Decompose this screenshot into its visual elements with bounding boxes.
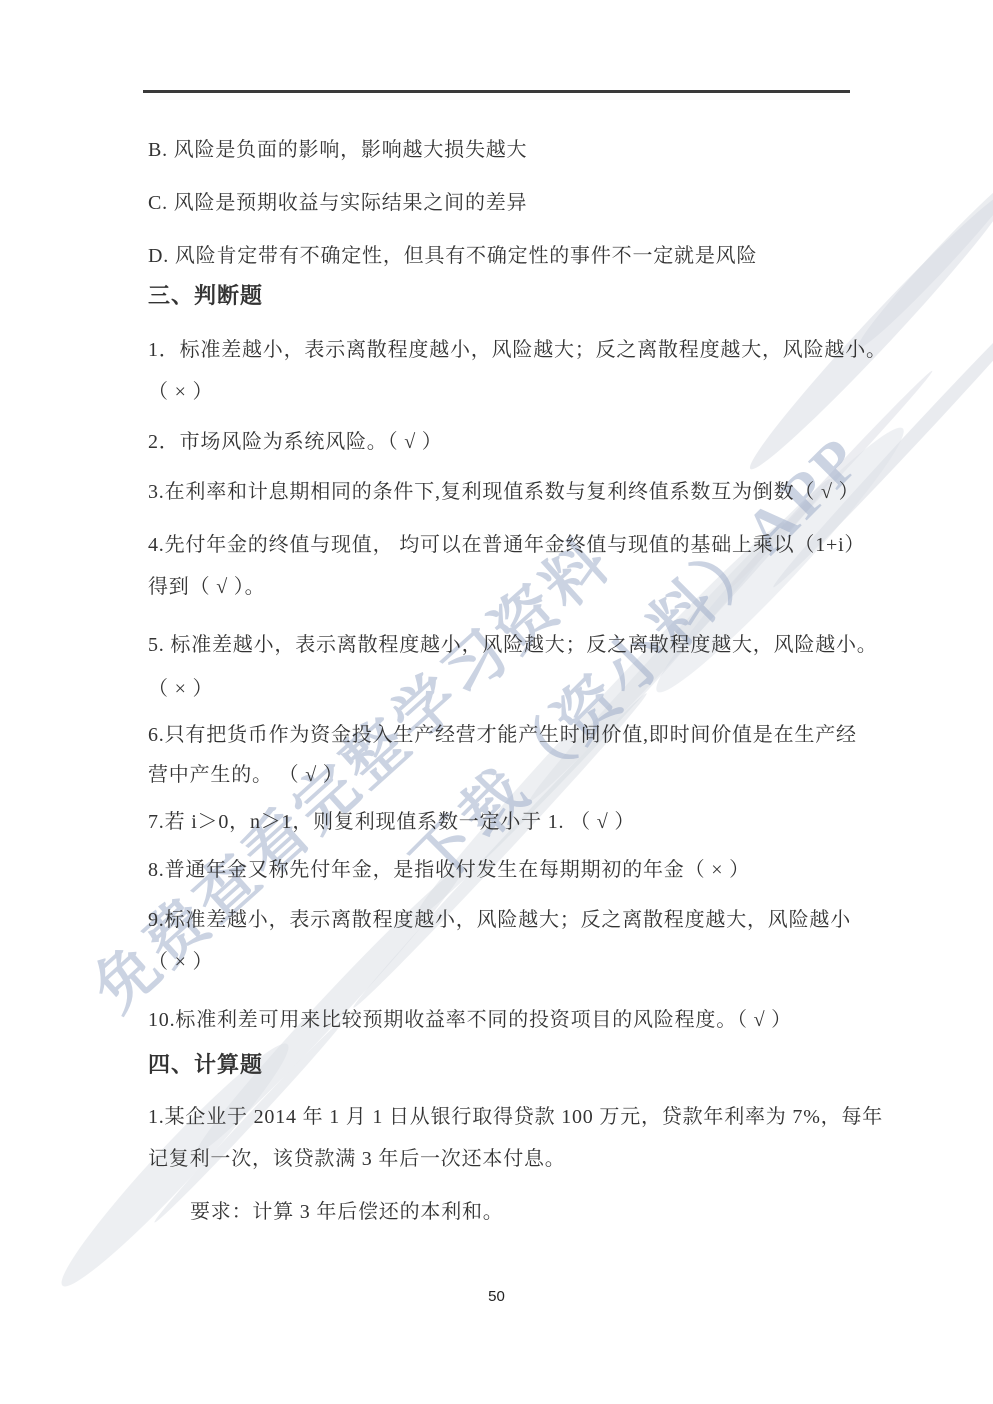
section-calculation-heading: 四、计算题 <box>148 1051 263 1079</box>
judgment-q2-text: 2．市场风险为系统风险。（ √ ） <box>148 428 443 456</box>
judgment-q1-answer: （ × ） <box>148 378 213 406</box>
judgment-q9-text: 9.标准差越小，表示离散程度越小，风险越大；反之离散程度越大，风险越小 <box>148 906 851 934</box>
judgment-q6-line2: 营中产生的。 （ √ ） <box>148 761 344 789</box>
calculation-q1-line1: 1.某企业于 2014 年 1 月 1 日从银行取得贷款 100 万元，贷款年利… <box>148 1103 883 1131</box>
page-number: 50 <box>0 1288 993 1305</box>
judgment-q10-text: 10.标准利差可用来比较预期收益率不同的投资项目的风险程度。（ √ ） <box>148 1006 792 1034</box>
option-d: D. 风险肯定带有不确定性，但具有不确定性的事件不一定就是风险 <box>148 242 757 270</box>
judgment-q6-line1: 6.只有把货币作为资金投入生产经营才能产生时间价值,即时间价值是在生产经 <box>148 721 857 749</box>
document-content: B. 风险是负面的影响，影响越大损失越大 C. 风险是预期收益与实际结果之间的差… <box>0 0 993 1404</box>
judgment-q1-text: 1．标准差越小，表示离散程度越小，风险越大；反之离散程度越大，风险越小。 <box>148 336 887 364</box>
judgment-q8-text: 8.普通年金又称先付年金，是指收付发生在每期期初的年金（ × ） <box>148 856 750 884</box>
judgment-q5-text: 5. 标准差越小，表示离散程度越小，风险越大；反之离散程度越大，风险越小。 <box>148 631 878 659</box>
judgment-q7-text: 7.若 i＞0，n＞1，则复利现值系数一定小于 1. （ √ ） <box>148 808 635 836</box>
document-page: 免费查看完整学习资料 下载（资小料）APP B. 风险是负面的影响，影响越大损失… <box>0 0 993 1404</box>
section-judgment-heading: 三、判断题 <box>148 282 263 310</box>
judgment-q4-line2: 得到（ √ ）。 <box>148 573 265 601</box>
judgment-q9-answer: （ × ） <box>148 948 213 976</box>
judgment-q4-line1: 4.先付年金的终值与现值， 均可以在普通年金终值与现值的基础上乘以（1+i） <box>148 531 865 559</box>
calculation-q1-line2: 记复利一次，该贷款满 3 年后一次还本付息。 <box>148 1145 566 1173</box>
judgment-q5-answer: （ × ） <box>148 675 213 703</box>
option-c: C. 风险是预期收益与实际结果之间的差异 <box>148 189 527 217</box>
header-rule <box>143 90 850 93</box>
option-b: B. 风险是负面的影响，影响越大损失越大 <box>148 136 527 164</box>
calculation-q1-requirement: 要求：计算 3 年后偿还的本利和。 <box>190 1198 504 1226</box>
judgment-q3-text: 3.在利率和计息期相同的条件下,复利现值系数与复利终值系数互为倒数（ √ ） <box>148 478 859 506</box>
